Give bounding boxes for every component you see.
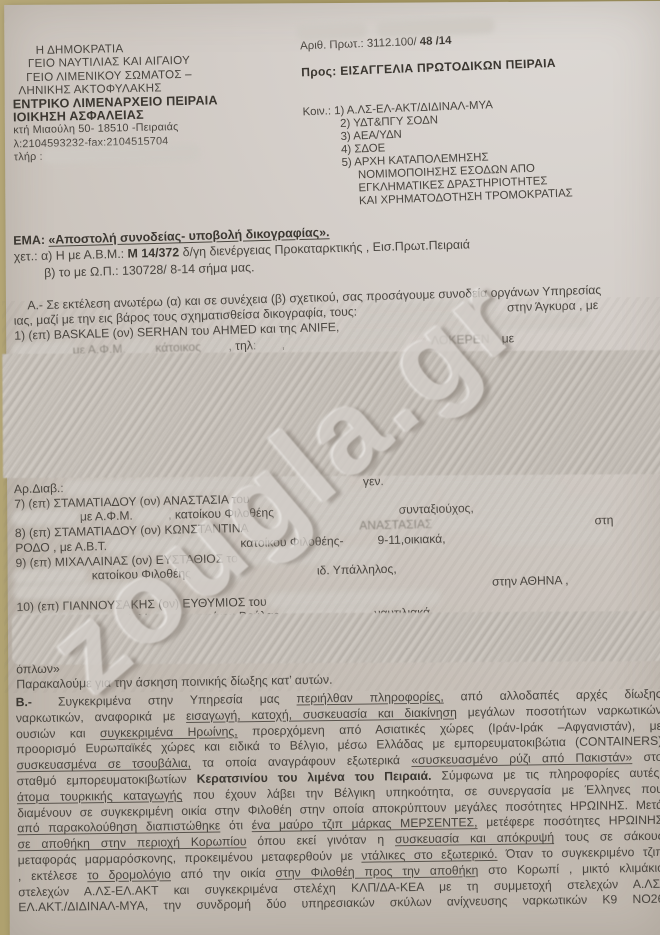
spacer xyxy=(13,308,27,309)
redaction-bar xyxy=(253,490,431,504)
text-segment: όπλων» xyxy=(16,662,60,677)
text-segment: γεν. xyxy=(363,474,388,489)
spacer xyxy=(429,631,451,632)
spacer xyxy=(403,343,431,345)
subject-and-references: ΕΜΑ: «Αποστολή συνοδείας- υποβολή δικογρ… xyxy=(13,215,660,282)
text-segment: στην Άγκυρα , με xyxy=(507,298,599,314)
redaction-bar xyxy=(204,340,228,351)
text-segment: από την οικία xyxy=(171,866,276,881)
text-segment: με Α.Φ.Μ. xyxy=(76,509,136,524)
text-segment: με xyxy=(501,331,514,345)
text-segment: ΕΜΑ: xyxy=(13,233,48,248)
text-segment: 2) ΥΔΤ&ΠΓΥ ΣΟΔΝ xyxy=(340,114,438,130)
spacer xyxy=(303,126,340,128)
redaction-bar xyxy=(432,515,588,528)
text-segment: τα οποία αναγράφουν εξωτερικά xyxy=(191,753,412,770)
text-segment: Α.Φ.Μ. xyxy=(111,611,155,626)
redaction-bar xyxy=(285,336,403,349)
redaction-bar xyxy=(46,148,196,161)
text-segment: συσκευασμένα σε τσουβάλια, xyxy=(16,756,191,772)
text-segment: Αρ.Διαβ.: xyxy=(14,481,67,496)
spacer xyxy=(304,139,341,141)
defendants-list: Αρ.Διαβ.: γεν. 7) (επ) ΣΤΑΜΑΤΙΑΔΟΥ (ον) … xyxy=(14,468,660,649)
redaction-bar xyxy=(126,342,152,353)
redaction-bar xyxy=(14,345,72,357)
text-segment: κατοίκου Φιλοθέης xyxy=(92,566,191,582)
spacer xyxy=(446,540,494,542)
photo-of-document: Η ΔΗΜΟΚΡΑΤΙΑΓΕΙΟ ΝΑΥΤΙΛΙΑΣ ΚΑΙ ΑΙΓΑΙΟΥΓΕ… xyxy=(0,0,660,935)
redaction-bar xyxy=(17,614,111,626)
text-segment: περιήλθαν πληροφορίες, xyxy=(296,690,443,706)
text-segment: Συγκεκριμένα στην Υπηρεσία μας xyxy=(58,692,297,709)
protocol-and-recipients: Αριθ. Πρωτ.: 3112.100/ 48 /14Προς: ΕΙΣΑΓ… xyxy=(299,17,573,210)
text-segment: 48 /14 xyxy=(420,35,452,48)
text-segment: χετ.: α) Η με Α.Β.Μ.: xyxy=(14,247,128,264)
text-segment: από παρακολούθηση διαπιστώθηκε xyxy=(17,819,220,836)
text-segment: ΛΟΚΕΡΕΝ xyxy=(431,332,490,348)
spacer xyxy=(12,53,36,54)
text-segment: ναρκωτικών, αναφορικά με xyxy=(16,709,186,725)
text-segment: ένα μαύρο τζιπ μάρκας ΜΕΡΣΕΝΤΕΣ, xyxy=(252,816,478,833)
text-segment: Β.- xyxy=(16,695,32,709)
paragraph-b: Β.-Συγκεκριμένα στην Υπηρεσία μας περιήλ… xyxy=(16,687,660,917)
paragraph-a: Α.- Σε εκτέλεση ανωτέρω (α) και σε συνέχ… xyxy=(13,281,660,375)
redaction-bar xyxy=(256,339,278,350)
spacer xyxy=(345,484,363,485)
text-segment: ιδ. Υπάλληλος, xyxy=(317,562,397,578)
text-segment: ότι xyxy=(220,819,252,833)
text-segment: , εκτέλεσε xyxy=(18,868,88,883)
text-segment: , κατοίκου Βούλας, xyxy=(183,609,283,625)
redaction-bar xyxy=(16,583,174,596)
text-segment: από αλλοδαπές αρχές δίωξης xyxy=(444,687,660,704)
redaction-bar xyxy=(282,609,368,621)
spacer xyxy=(304,152,341,154)
text-segment: μετέφερε ποσότητες ΗΡΩΙΝΗΣ xyxy=(477,813,660,829)
text-segment: το δρομολόγιο xyxy=(87,867,171,882)
text-segment: λ:2104593232-fax:2104515704 xyxy=(13,135,168,150)
text-segment: στην Φιλοθέη προς την αποθήκη xyxy=(275,863,478,880)
text-segment: ουσιών και xyxy=(16,726,100,741)
text-segment: συνταξιούχος, xyxy=(395,501,474,517)
text-segment: κάτοικος xyxy=(152,339,205,354)
spacer xyxy=(490,341,502,342)
text-segment: συγκεκριμένα Ηρωίνης, xyxy=(100,724,238,740)
closing-request: όπλων»Παρακαλούμε για την άσκηση ποινική… xyxy=(16,658,333,693)
text-segment: ΡΟΔΟ , με Α.Β.Τ. xyxy=(15,539,111,555)
text-segment: 4) ΣΔΟΕ xyxy=(341,142,386,156)
text-segment: σταθμό εμπορευματοκιβωτίων xyxy=(17,772,197,788)
spacer xyxy=(431,497,445,498)
redaction-bar xyxy=(16,571,84,582)
redaction-bar xyxy=(110,538,228,551)
text-segment: Σύμφωνα με τις πληροφορίες αυτές, xyxy=(431,766,660,783)
text-segment: «συσκευασμένο ρύζι από Πακιστάν» xyxy=(411,750,632,767)
redaction-bar xyxy=(387,472,555,486)
text-segment: στο xyxy=(632,750,660,764)
spacer xyxy=(364,32,380,34)
text-segment: άτομα τουρκικής καταγωγής xyxy=(17,788,183,804)
text-segment: συσκευασία και απόκρυψή xyxy=(395,830,554,846)
spacer xyxy=(344,543,378,545)
spacer xyxy=(474,511,480,512)
redaction-bar xyxy=(251,520,359,532)
text-segment: 9-11,οικιακά, xyxy=(377,532,445,547)
text-segment: εισαγωγή, κατοχή, συσκευασία και διακίνη… xyxy=(186,705,457,723)
text-segment: μεγάλων ποσοτήτων ναρκωτικών xyxy=(457,703,660,720)
redaction-bar xyxy=(365,303,493,316)
spacer xyxy=(305,177,358,180)
redaction-bar xyxy=(299,25,363,37)
redaction-bar xyxy=(270,592,438,606)
spacer xyxy=(306,190,359,193)
spacer xyxy=(245,574,317,577)
redaction-bar xyxy=(14,512,76,523)
text-segment: Προς: ΕΙΣΑΓΓΕΛΙΑ ΠΡΩΤΟΔΙΚΩΝ ΠΕΙΡΑΙΑ xyxy=(301,56,556,80)
text-segment: Όταν το συγκεκριμένο τζιπ xyxy=(497,845,660,861)
text-segment: , τηλ: xyxy=(228,338,256,353)
redaction-bar xyxy=(238,549,386,562)
spacer xyxy=(32,705,58,706)
text-segment: τους σε σάκους xyxy=(554,829,660,844)
spacer xyxy=(84,579,92,580)
letterhead: Η ΔΗΜΟΚΡΑΤΙΑΓΕΙΟ ΝΑΥΤΙΛΙΑΣ ΚΑΙ ΑΙΓΑΙΟΥΓΕ… xyxy=(12,40,219,165)
spacer xyxy=(339,330,347,331)
text-segment: ΑΝΑΣΤΑΣΙΑΣ xyxy=(359,517,433,533)
redaction-bar xyxy=(445,487,563,500)
text-segment: κατοίκου Φιλοθέης- xyxy=(240,534,343,550)
text-segment: Λ. xyxy=(15,359,27,373)
text-segment: στην ΑΘΗΝΑ , xyxy=(492,573,569,589)
spacer xyxy=(357,314,365,315)
text-segment: όπου εκεί γινόταν η xyxy=(246,832,395,848)
redaction-bar xyxy=(277,505,395,518)
redaction-bar xyxy=(136,510,168,521)
spacer xyxy=(305,165,342,167)
text-segment: με Α.Φ.Μ. xyxy=(72,341,126,356)
text-segment: ΚΩΝΣΤΑΝΤΙΝΑ xyxy=(345,621,429,637)
text-segment: ντάλικες στο εξωτερικό. xyxy=(361,847,497,863)
redaction-bar xyxy=(155,613,183,624)
text-segment: στο Κορωπί , μικτό κλιμάκιο xyxy=(478,861,660,877)
redaction-bar xyxy=(493,530,609,543)
text-line: Προς: ΕΙΣΑΓΓΕΛΙΑ ΠΡΩΤΟΔΙΚΩΝ ΠΕΙΡΑΙΑ xyxy=(301,56,568,79)
text-segment: στη xyxy=(594,513,613,527)
spacer xyxy=(228,546,240,547)
text-segment: Κερατσινίου του λιμένα του Πειραιά. xyxy=(197,769,432,786)
spacer xyxy=(306,203,359,206)
text-line: Παρακαλούμε για την άσκηση ποινικής δίωξ… xyxy=(16,673,332,693)
text-segment: ναυτιλιακά, xyxy=(374,605,433,620)
text-segment: Η ΔΗΜΟΚΡΑΤΙΑ xyxy=(36,42,124,57)
document-page: Η ΔΗΜΟΚΡΑΤΙΑΓΕΙΟ ΝΑΥΤΙΛΙΑΣ ΚΑΙ ΑΙΓΑΙΟΥΓΕ… xyxy=(4,1,660,935)
text-segment: , κατοίκου Φιλοθέης xyxy=(168,506,277,522)
text-segment: Μ 14/372 xyxy=(127,246,179,261)
spacer xyxy=(12,66,28,67)
spacer xyxy=(493,311,507,312)
spacer xyxy=(17,633,345,641)
spacer xyxy=(12,80,26,81)
text-segment: σε αποθήκη στην περιοχή Κορωπίου xyxy=(17,834,246,851)
text-segment: γεν 24-8-1969 xyxy=(451,618,548,640)
text-segment: 3) ΑΕΑ/ΥΔΝ xyxy=(340,129,402,143)
text-line: τλήρ : xyxy=(14,148,219,166)
redaction-bar xyxy=(191,567,245,578)
redaction-bar xyxy=(379,20,491,34)
redaction-bar xyxy=(480,500,608,513)
spacer xyxy=(14,276,44,278)
text-segment: τλήρ : xyxy=(14,151,46,164)
